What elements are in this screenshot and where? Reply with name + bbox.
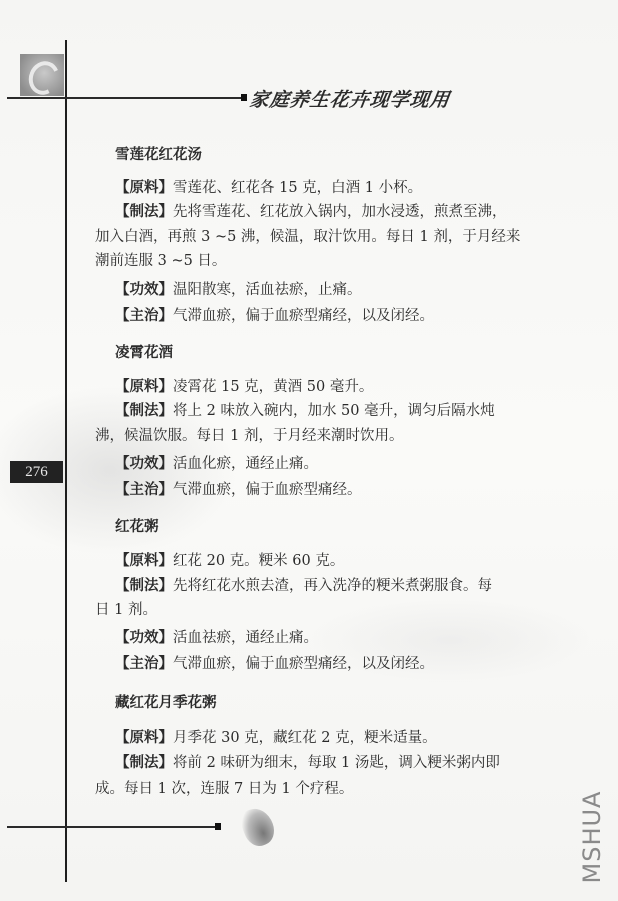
margin-rule-vertical [65, 40, 67, 882]
method-label: 【制法】 [115, 755, 173, 771]
ingredients-label: 【原料】 [115, 180, 173, 196]
book-logo-icon [20, 54, 64, 96]
ingredients-line: 【原料】凌霄花 15 克，黄酒 50 毫升。 [115, 377, 563, 397]
method-text: 将前 2 味研为细末，每取 1 汤匙，调入粳米粥内即 [173, 755, 500, 771]
effect-line: 【功效】活血祛瘀，通经止痛。 [115, 628, 563, 648]
effect-label: 【功效】 [115, 630, 173, 646]
indication-text: 气滞血瘀，偏于血瘀型痛经。 [173, 482, 362, 498]
ingredients-text: 凌霄花 15 克，黄酒 50 毫升。 [173, 379, 373, 395]
indication-line: 【主治】气滞血瘀，偏于血瘀型痛经，以及闭经。 [115, 654, 563, 674]
effect-line: 【功效】活血化瘀，通经止痛。 [115, 454, 563, 474]
crescent-glyph-icon [24, 57, 64, 99]
method-label: 【制法】 [115, 403, 173, 419]
method-line: 【制法】先将红花水煎去渣，再入洗净的粳米煮粥服食。每 [115, 576, 563, 596]
method-label: 【制法】 [115, 578, 173, 594]
ingredients-text: 雪莲花、红花各 15 克，白酒 1 小杯。 [173, 180, 422, 196]
header-rule-end-square-icon [241, 94, 247, 101]
effect-label: 【功效】 [115, 282, 173, 298]
method-continuation: 成。每日 1 次，连服 7 日为 1 个疗程。 [95, 779, 543, 799]
page-number: 276 [10, 461, 63, 483]
ingredients-line: 【原料】红花 20 克。粳米 60 克。 [115, 551, 563, 571]
method-text: 先将红花水煎去渣，再入洗净的粳米煮粥服食。每 [173, 578, 492, 594]
watermark-text: MSHUA [578, 791, 606, 884]
indication-label: 【主治】 [115, 656, 173, 672]
method-continuation: 日 1 剂。 [95, 600, 543, 620]
ingredients-label: 【原料】 [115, 553, 173, 569]
effect-text: 温阳散寒，活血祛瘀，止痛。 [173, 282, 362, 298]
running-title: 家庭养生花卉现学现用 [248, 85, 452, 112]
indication-label: 【主治】 [115, 482, 173, 498]
effect-text: 活血化瘀，通经止痛。 [173, 456, 318, 472]
footer-rule-end-square-icon [215, 823, 221, 830]
indication-line: 【主治】气滞血瘀，偏于血瘀型痛经。 [115, 480, 563, 500]
method-continuation: 潮前连服 3 ~5 日。 [95, 251, 543, 271]
ingredients-label: 【原料】 [115, 379, 173, 395]
recipe-title: 雪莲花红花汤 [115, 145, 563, 165]
ingredients-line: 【原料】雪莲花、红花各 15 克，白酒 1 小杯。 [115, 178, 563, 198]
ingredients-line: 【原料】月季花 30 克，藏红花 2 克，粳米适量。 [115, 728, 563, 748]
effect-label: 【功效】 [115, 456, 173, 472]
recipe-title: 红花粥 [115, 517, 563, 537]
ingredients-text: 红花 20 克。粳米 60 克。 [173, 553, 344, 569]
footer-rule [7, 826, 217, 828]
method-line: 【制法】将上 2 味放入碗内，加水 50 毫升，调匀后隔水炖 [115, 401, 563, 421]
method-continuation: 加入白酒，再煎 3 ~5 沸，候温，取汁饮用。每日 1 剂，于月经来 [95, 227, 543, 247]
recipe-title: 藏红花月季花粥 [115, 693, 563, 713]
method-line: 【制法】先将雪莲花、红花放入锅内，加水浸透，煎煮至沸， [115, 202, 563, 222]
ingredients-label: 【原料】 [115, 730, 173, 746]
method-line: 【制法】将前 2 味研为细末，每取 1 汤匙，调入粳米粥内即 [115, 753, 563, 773]
indication-line: 【主治】气滞血瘀，偏于血瘀型痛经，以及闭经。 [115, 306, 563, 326]
method-text: 将上 2 味放入碗内，加水 50 毫升，调匀后隔水炖 [173, 403, 495, 419]
header-rule [7, 97, 243, 99]
watermark: MSHUA [572, 782, 612, 892]
method-continuation: 沸，候温饮服。每日 1 剂，于月经来潮时饮用。 [95, 426, 543, 446]
effect-line: 【功效】温阳散寒，活血祛瘀，止痛。 [115, 280, 563, 300]
method-label: 【制法】 [115, 204, 173, 220]
recipe-title: 凌霄花酒 [115, 343, 563, 363]
indication-text: 气滞血瘀，偏于血瘀型痛经，以及闭经。 [173, 656, 434, 672]
effect-text: 活血祛瘀，通经止痛。 [173, 630, 318, 646]
ingredients-text: 月季花 30 克，藏红花 2 克，粳米适量。 [173, 730, 437, 746]
indication-label: 【主治】 [115, 308, 173, 324]
indication-text: 气滞血瘀，偏于血瘀型痛经，以及闭经。 [173, 308, 434, 324]
method-text: 先将雪莲花、红花放入锅内，加水浸透，煎煮至沸， [173, 204, 507, 220]
